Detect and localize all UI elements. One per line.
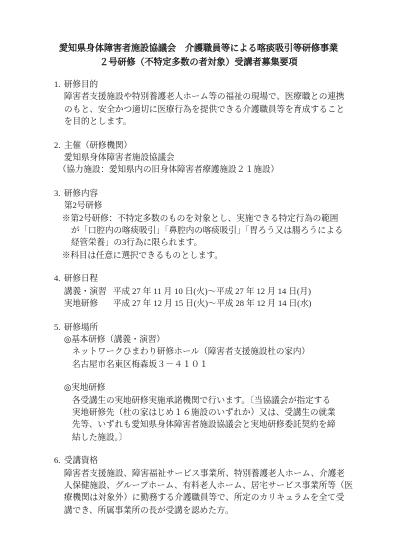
title-line-2: ２号研修（不特定多数の者対象）受講者募集要項 xyxy=(40,56,357,70)
section-purpose-heading: 1. 研修目的 xyxy=(54,78,357,90)
content-note-line: が「口腔内の喀痰吸引」「鼻腔内の喀痰吸引」「胃ろう又は腸ろうによる xyxy=(71,224,357,236)
section-purpose: 1. 研修目的 障害者支援施設や特別養護老人ホーム等の福祉の現場で、医療職との連… xyxy=(54,78,357,128)
section-heading-text: 主催（研修機関） xyxy=(64,139,132,151)
document-page: 愛知県身体障害者施設協議会 介護職員等による喀痰吸引等研修事業 ２号研修（不特定… xyxy=(0,0,395,559)
venue-practical-line: 各受講生の実地研修実施承諾機関で行います。〔当協議会が指定する xyxy=(72,394,357,406)
content-note-line: ※科目は任意に選択できるものとします。 xyxy=(62,249,357,261)
section-eligibility: 6. 受講資格 障害者支援施設、障害福祉サービス事業所、特別養護老人ホーム、介護… xyxy=(54,454,357,516)
section-heading-text: 研修日程 xyxy=(64,272,98,284)
section-number: 6. xyxy=(54,454,64,466)
section-number: 4. xyxy=(54,272,64,284)
eligibility-line: 講でき、所属事業所の長が受講を認めた方。 xyxy=(64,504,357,516)
schedule-dates: 平成 27 年 12 月 15 日(火)～平成 28 年 12 月 14 日(水… xyxy=(113,297,311,309)
section-organizer: 2. 主催（研修機関） 愛知県身体障害者施設協議会 （協力施設：愛知県内の旧身体… xyxy=(54,139,357,176)
venue-practical-heading: ◎実地研修 xyxy=(64,381,357,393)
eligibility-line: 障害者支援施設、障害福祉サービス事業所、特別養護老人ホーム、介護老 xyxy=(64,467,357,479)
eligibility-line: 人保健施設、グループホーム、有料老人ホーム、居宅サービス事業所等（医 xyxy=(64,479,357,491)
venue-basic-line: ネットワークひまわり研修ホール（障害者支援施設杜の家内） xyxy=(72,345,357,357)
organizer-name: 愛知県身体障害者施設協議会 xyxy=(64,151,357,163)
section-heading-text: 研修内容 xyxy=(64,187,98,199)
section-heading-text: 研修目的 xyxy=(64,78,98,90)
content-note-line: 経管栄養」の3行為に限られます。 xyxy=(71,236,357,248)
section-number: 5. xyxy=(54,321,64,333)
content-course-name: 第2号研修 xyxy=(64,199,357,211)
section-schedule: 4. 研修日程 講義・演習 平成 27 年 11 月 10 日(火)～平成 27… xyxy=(54,272,357,309)
organizer-cooperation: （協力施設：愛知県内の旧身体障害者療護施設２１施設） xyxy=(58,163,357,175)
section-content-heading: 3. 研修内容 xyxy=(54,187,357,199)
section-venue: 5. 研修場所 ◎基本研修（講義・演習） ネットワークひまわり研修ホール（障害者… xyxy=(54,321,357,444)
schedule-dates: 平成 27 年 11 月 10 日(火)～平成 27 年 12 月 14 日(月… xyxy=(113,285,311,297)
document-title: 愛知県身体障害者施設協議会 介護職員等による喀痰吸引等研修事業 ２号研修（不特定… xyxy=(40,42,357,69)
section-schedule-heading: 4. 研修日程 xyxy=(54,272,357,284)
section-eligibility-heading: 6. 受講資格 xyxy=(54,454,357,466)
schedule-label: 実地研修 xyxy=(64,297,113,309)
venue-basic-line: 名古屋市名東区梅森坂３－４１０１ xyxy=(72,358,357,370)
eligibility-line: 療機関は対象外）に勤務する介護職員等で、所定のカリキュラムを全て受 xyxy=(64,491,357,503)
content-note-line: ※第2号研修：不特定多数のものを対象とし、実施できる特定行為の範囲 xyxy=(62,212,357,224)
section-number: 2. xyxy=(54,139,64,151)
section-venue-heading: 5. 研修場所 xyxy=(54,321,357,333)
purpose-line: を目的とします。 xyxy=(64,115,357,127)
schedule-label: 講義・演習 xyxy=(64,285,113,297)
schedule-row-lecture: 講義・演習 平成 27 年 11 月 10 日(火)～平成 27 年 12 月 … xyxy=(64,285,357,297)
venue-practical-line: 先等、いずれも愛知県身体障害者施設協議会と実地研修委託契約を締 xyxy=(72,418,357,430)
purpose-line: 障害者支援施設や特別養護老人ホーム等の福祉の現場で、医療職との連携 xyxy=(64,90,357,102)
schedule-row-practical: 実地研修 平成 27 年 12 月 15 日(火)～平成 28 年 12 月 1… xyxy=(64,297,357,309)
section-number: 3. xyxy=(54,187,64,199)
venue-practical-line: 結した施設。〕 xyxy=(72,431,357,443)
section-organizer-heading: 2. 主催（研修機関） xyxy=(54,139,357,151)
venue-basic-heading: ◎基本研修（講義・演習） xyxy=(64,333,357,345)
title-line-1: 愛知県身体障害者施設協議会 介護職員等による喀痰吸引等研修事業 xyxy=(40,42,357,56)
section-number: 1. xyxy=(54,78,64,90)
section-heading-text: 研修場所 xyxy=(64,321,98,333)
venue-practical-line: 実地研修先（杜の家はじめ１６施設のいずれか）又は、受講生の就業 xyxy=(72,406,357,418)
section-content: 3. 研修内容 第2号研修 ※第2号研修：不特定多数のものを対象とし、実施できる… xyxy=(54,187,357,261)
purpose-line: のもと、安全かつ適切に医療行為を提供できる介護職員等を育成すること xyxy=(64,103,357,115)
section-heading-text: 受講資格 xyxy=(64,454,98,466)
